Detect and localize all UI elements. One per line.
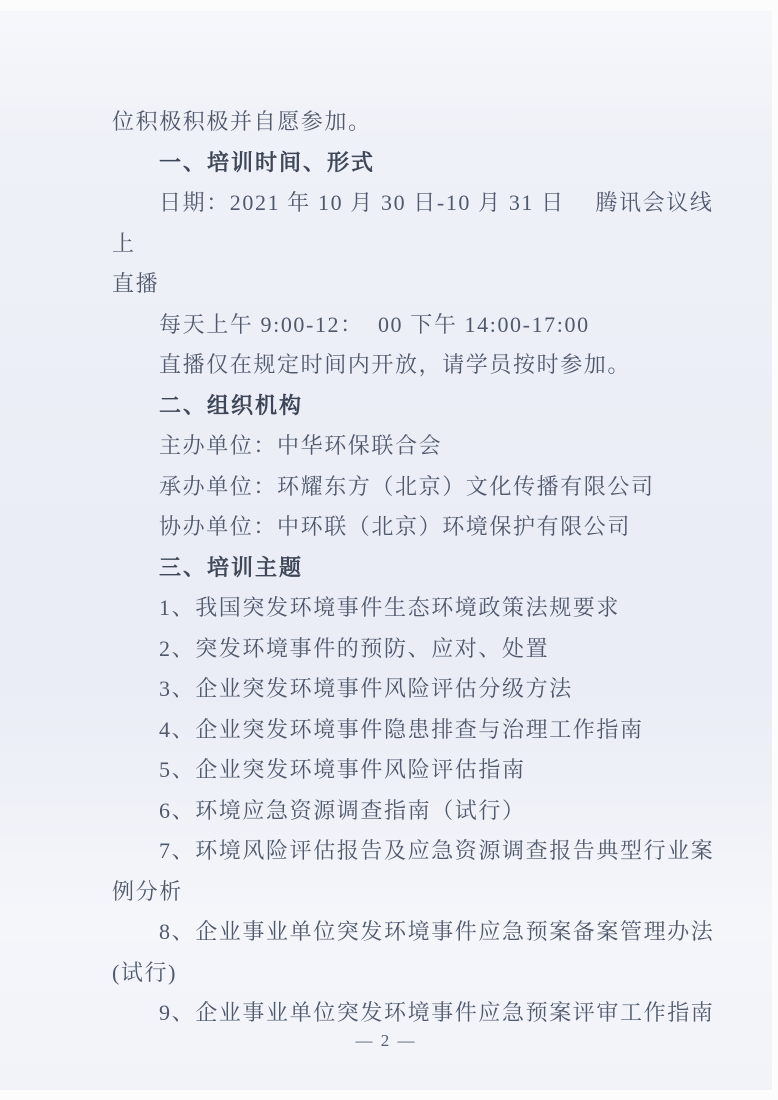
text-line: 一、培训时间、形式 [112, 143, 728, 184]
text-line: 承办单位：环耀东方（北京）文化传播有限公司 [112, 467, 728, 508]
text-line: 6、环境应急资源调查指南（试行） [112, 791, 728, 832]
document-body: 位积极积极并自愿参加。一、培训时间、形式日期：2021 年 10 月 30 日-… [112, 102, 728, 1034]
text-line: 直播仅在规定时间内开放，请学员按时参加。 [112, 345, 728, 386]
page-number: — 2 — [356, 1031, 417, 1050]
text-line: 5、企业突发环境事件风险评估指南 [112, 750, 728, 791]
text-line: 8、企业事业单位突发环境事件应急预案备案管理办法 [112, 912, 728, 953]
page-footer: — 2 — [0, 1027, 772, 1055]
text-line: 4、企业突发环境事件隐患排查与治理工作指南 [112, 710, 728, 751]
scanned-document-page: 位积极积极并自愿参加。一、培训时间、形式日期：2021 年 10 月 30 日-… [0, 11, 772, 1090]
text-line: 1、我国突发环境事件生态环境政策法规要求 [112, 588, 728, 629]
text-line: 每天上午 9:00-12： 00 下午 14:00-17:00 [112, 305, 728, 346]
text-line: 例分析 [112, 872, 728, 913]
text-line: 日期：2021 年 10 月 30 日-10 月 31 日 腾讯会议线上 [112, 183, 728, 264]
text-line: 2、突发环境事件的预防、应对、处置 [112, 629, 728, 670]
text-line: 3、企业突发环境事件风险评估分级方法 [112, 669, 728, 710]
text-line: 二、组织机构 [112, 386, 728, 427]
text-line: 位积极积极并自愿参加。 [112, 102, 728, 143]
text-line: 三、培训主题 [112, 548, 728, 589]
text-line: (试行) [112, 953, 728, 994]
text-line: 7、环境风险评估报告及应急资源调查报告典型行业案 [112, 831, 728, 872]
text-line: 主办单位：中华环保联合会 [112, 426, 728, 467]
text-line: 协办单位：中环联（北京）环境保护有限公司 [112, 507, 728, 548]
text-line: 直播 [112, 264, 728, 305]
